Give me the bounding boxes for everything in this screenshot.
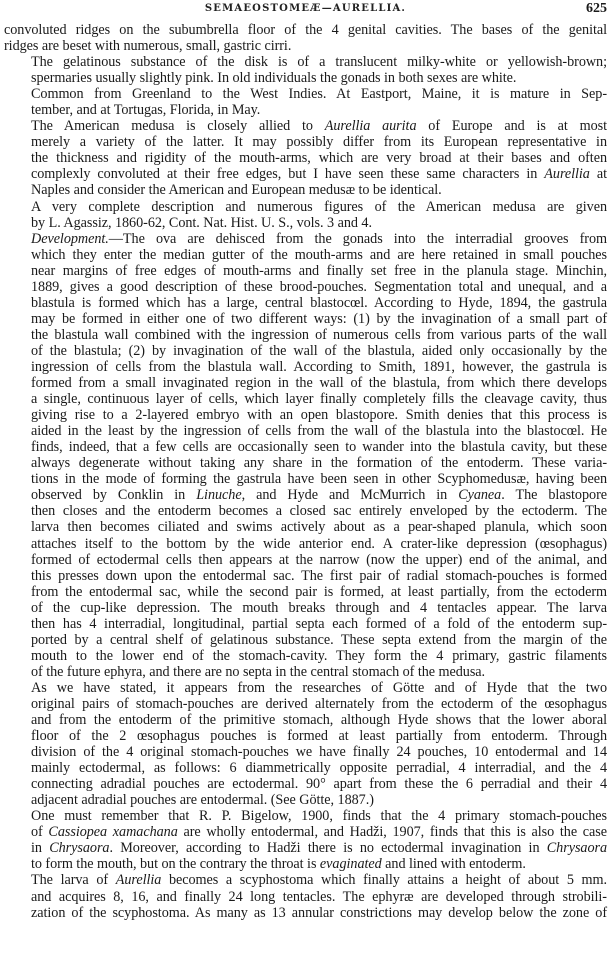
text-line: complexly convoluted at their free edges…: [4, 166, 607, 182]
text-line: of the future ephyra, and there are no s…: [4, 664, 607, 680]
text-line: ported by a central shelf of gelatinous …: [4, 632, 607, 648]
text-line: observed by Conklin in Linuche, and Hyde…: [4, 487, 607, 503]
text-line: always degenerate without taking any sha…: [4, 455, 607, 471]
text-line: Common from Greenland to the West Indies…: [4, 86, 607, 102]
text-line: As we have stated, it appears from the r…: [4, 680, 607, 696]
italic-term: Development.: [31, 231, 109, 247]
text-line: from the entodermal sac, while the secon…: [4, 584, 607, 600]
text-line: of the blastula; (2) by invagination of …: [4, 343, 607, 359]
text-line: merely a variety of the latter. It may p…: [4, 134, 607, 150]
text-line: mouth to the lower end of the stomach-ca…: [4, 648, 607, 664]
text-line: this presses down upon the entodermal sa…: [4, 568, 607, 584]
text-line: Development.—The ova are dehisced from t…: [4, 231, 607, 247]
text-line: a single, continuous layer of cells, whi…: [4, 391, 607, 407]
italic-term: Cassiopea xamachana: [48, 824, 177, 840]
text-line: then closes and the entoderm becomes a c…: [4, 503, 607, 519]
paragraph: Common from Greenland to the West Indies…: [4, 86, 607, 118]
text-line: tember, and at Tortugas, Florida, in May…: [4, 102, 607, 118]
page-number: 625: [586, 1, 607, 17]
italic-term: Linuche: [196, 487, 241, 503]
paragraph: A very complete description and numerous…: [4, 199, 607, 231]
text-line: convoluted ridges on the subumbrella flo…: [4, 22, 607, 38]
text-line: then has 4 interradial, longitudinal, pa…: [4, 616, 607, 632]
italic-term: Aurellia aurita: [325, 118, 417, 134]
text-line: connecting adradial pouches are ectoderm…: [4, 776, 607, 792]
text-line: and from the entoderm of the primitive s…: [4, 712, 607, 728]
text-line: finds, indeed, that a few cells are occa…: [4, 439, 607, 455]
text-line: ingression of cells from the blastula wa…: [4, 359, 607, 375]
running-title: SEMAEOSTOMEÆ—AURELLIA.: [4, 3, 607, 14]
text-line: A very complete description and numerous…: [4, 199, 607, 215]
paragraph: The gelatinous substance of the disk is …: [4, 54, 607, 86]
paragraph: convoluted ridges on the subumbrella flo…: [4, 22, 607, 54]
text-line: adjacent adradial pouches are entodermal…: [4, 792, 607, 808]
paragraph: As we have stated, it appears from the r…: [4, 680, 607, 808]
text-line: aided in the least by the ingression of …: [4, 423, 607, 439]
text-line: Naples and consider the American and Eur…: [4, 182, 607, 198]
text-line: near margins of free edges of mouth-arms…: [4, 263, 607, 279]
text-line: spermaries usually slightly pink. In old…: [4, 70, 607, 86]
text-line: formed of ectodermal cells then appears …: [4, 552, 607, 568]
text-line: ridges are beset with numerous, small, g…: [4, 38, 607, 54]
text-line: tions in the mode of forming the gastrul…: [4, 471, 607, 487]
text-line: giving rise to a 2-layered embryo with a…: [4, 407, 607, 423]
italic-term: evaginated: [320, 856, 382, 872]
text-line: division of the 4 original stomach-pouch…: [4, 744, 607, 760]
body-text: convoluted ridges on the subumbrella flo…: [4, 22, 607, 921]
text-line: formed from a small invaginated region i…: [4, 375, 607, 391]
text-line: mainly ectodermal, as follows: 6 diammet…: [4, 760, 607, 776]
text-line: 1889, gives a good description of these …: [4, 279, 607, 295]
paragraph: The American medusa is closely allied to…: [4, 118, 607, 198]
text-line: floor of the 2 œsophagus pouches is form…: [4, 728, 607, 744]
text-line: the thickness and rigidity of the mouth-…: [4, 150, 607, 166]
italic-term: Chrysaora: [49, 840, 109, 856]
text-line: the blastula wall combined with the ingr…: [4, 327, 607, 343]
text-line: and acquires 8, 16, and finally 24 long …: [4, 889, 607, 905]
text-line: which they enter the median gutter of th…: [4, 247, 607, 263]
text-line: original pairs of stomach-pouches are de…: [4, 696, 607, 712]
text-line: to form the mouth, but on the contrary t…: [4, 856, 607, 872]
italic-term: Cyanea: [458, 487, 501, 503]
text-line: attaches itself to the bottom by the wid…: [4, 536, 607, 552]
italic-term: Aurellia: [116, 872, 162, 888]
text-line: may be formed in either one of two diffe…: [4, 311, 607, 327]
text-line: of Cassiopea xamachana are wholly entode…: [4, 824, 607, 840]
text-line: The larva of Aurellia becomes a scyphost…: [4, 872, 607, 888]
running-head: SEMAEOSTOMEÆ—AURELLIA. 625: [4, 2, 607, 22]
text-line: The gelatinous substance of the disk is …: [4, 54, 607, 70]
text-line: in Chrysaora. Moreover, according to Had…: [4, 840, 607, 856]
text-line: larva then becomes ciliated and swims ac…: [4, 519, 607, 535]
text-line: One must remember that R. P. Bigelow, 19…: [4, 808, 607, 824]
text-line: of the cup-like depression. The mouth br…: [4, 600, 607, 616]
text-line: The American medusa is closely allied to…: [4, 118, 607, 134]
document-page: SEMAEOSTOMEÆ—AURELLIA. 625 convoluted ri…: [4, 0, 607, 921]
italic-term: Aurellia: [544, 166, 590, 182]
italic-term: Chrysaora: [547, 840, 607, 856]
paragraph: The larva of Aurellia becomes a scyphost…: [4, 872, 607, 920]
text-line: by L. Agassiz, 1860-62, Cont. Nat. Hist.…: [4, 215, 607, 231]
text-line: blastula is formed which has a large, ce…: [4, 295, 607, 311]
paragraph: One must remember that R. P. Bigelow, 19…: [4, 808, 607, 872]
text-line: zation of the scyphostoma. As many as 13…: [4, 905, 607, 921]
paragraph: Development.—The ova are dehisced from t…: [4, 231, 607, 680]
